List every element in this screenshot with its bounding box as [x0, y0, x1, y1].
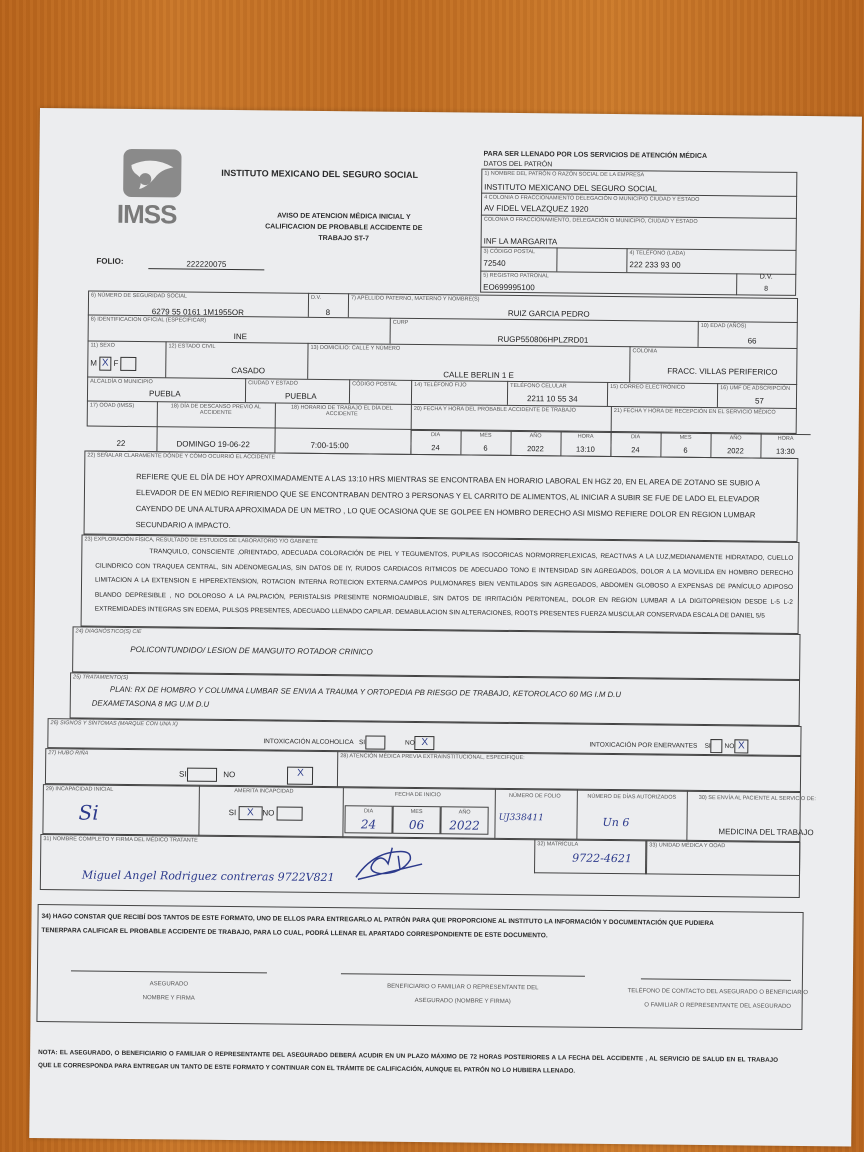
alcohol-si-checkbox[interactable] — [365, 735, 385, 749]
employer-zip-label: 3) CÓDIGO POSTAL — [483, 249, 535, 256]
city-value: PUEBLA — [285, 392, 317, 401]
folio-label: FOLIO: — [96, 257, 123, 266]
curp-label: CURP — [393, 320, 409, 326]
merits-si-checkbox[interactable]: X — [238, 806, 262, 820]
start-date-value: 24 — [344, 817, 392, 832]
start-date-value: 06 — [392, 818, 440, 833]
drugs-label: INTOXICACIÓN POR ENERVANTES — [589, 742, 697, 750]
employer-registry-label: 5) REGISTRO PATRONAL — [483, 273, 549, 280]
days-authorized-label: NÚMERO DE DÍAS AUTORIZADOS — [577, 794, 687, 801]
sent-to-label: 30) SE ENVÍA AL PACIENTE AL SERVICIO DE: — [699, 795, 816, 802]
patient-dv-value: 8 — [308, 308, 348, 317]
incapacity-folio-value: UJ338411 — [499, 813, 544, 823]
accident-description: REFIERE QUE EL DÍA DE HOY APROXIMADAMENT… — [136, 469, 793, 540]
accident-dt-value: 24 — [410, 443, 460, 453]
doctor-signature-icon — [352, 843, 432, 884]
doctor-name-value: Miguel Angel Rodriguez contreras 9722V82… — [82, 868, 335, 884]
st7-form-sheet: IMSS INSTITUTO MEXICANO DEL SEGURO SOCIA… — [29, 108, 862, 1147]
initial-incapacity-value: Si — [78, 800, 98, 824]
reception-dt-col-año: AÑO — [711, 435, 761, 442]
employer-phone-value: 222 233 93 00 — [629, 260, 680, 270]
drugs-no-label: NO — [725, 743, 735, 750]
accident-dt-value: 6 — [460, 443, 510, 453]
sig-insured-line2: NOMBRE Y FIRMA — [71, 990, 267, 1006]
sig-beneficiary-line2: ASEGURADO (NOMBRE Y FIRMA) — [341, 993, 585, 1010]
institution-title: INSTITUTO MEXICANO DEL SEGURO SOCIAL — [221, 168, 451, 180]
incapacity-folio-label: NÚMERO DE FOLIO — [495, 793, 575, 800]
fight-label: 27) HUBO RIÑA — [48, 750, 88, 756]
ooad-value: 22 — [116, 439, 125, 448]
patient-dv-label: D.V. — [311, 295, 321, 301]
alcohol-row: INTOXICACIÓN ALCOHOLICA SI NOX — [263, 734, 435, 750]
employer-colonia-value: INF LA MARGARITA — [484, 237, 558, 247]
employer-name-value: INSTITUTO MEXICANO DEL SEGURO SOCIAL — [484, 183, 657, 194]
schedule-label: 18) HORARIO DE TRABAJO EL DÍA DEL ACCIDE… — [277, 404, 407, 417]
rest-day-label: 18) DÍA DE DESCANSO PREVIO AL ACCIDENTE — [161, 403, 271, 416]
drugs-no-checkbox[interactable]: X — [734, 739, 748, 753]
fight-no-label: NO — [223, 770, 235, 779]
fight-no-checkbox[interactable]: X — [287, 767, 313, 785]
imss-logo-text: IMSS — [117, 199, 189, 231]
municipality-value: PUEBLA — [149, 389, 181, 398]
physical-exam: TRANQUILO, CONSCIENTE ,ORIENTADO, ADECUA… — [95, 545, 794, 625]
patient-name-value: RUIZ GARCIA PEDRO — [508, 309, 590, 319]
employer-dv-label: D.V. — [738, 273, 794, 281]
mobile-value: 2211 10 55 34 — [527, 394, 578, 404]
start-col-dia: DIA — [345, 808, 393, 815]
ooad-label: 17) OOAD (IMSS) — [90, 403, 134, 410]
reception-dt-col-hora: HORA — [761, 436, 811, 443]
employer-subtitle: DATOS DEL PATRÓN — [483, 161, 552, 169]
sig-beneficiary: BENEFICIARIO O FAMILIAR O REPRESENTANTE … — [341, 979, 585, 1010]
curp-value: RUGP550806HPLZRD01 — [498, 335, 589, 345]
fight-si-label: SI — [179, 770, 187, 779]
sig-insured: ASEGURADO NOMBRE Y FIRMA — [71, 976, 267, 1006]
diagnosis-label: 24) DIAGNÓSTICO(S) CIE — [75, 628, 141, 635]
accident-dt-col-dia: DIA — [411, 432, 461, 439]
umf-label: 16) UMF DE ADSCRIPCIÓN — [720, 385, 790, 392]
alcohol-label: INTOXICACIÓN ALCOHOLICA — [263, 738, 353, 746]
id-value: INE — [234, 332, 247, 341]
mobile-label: TELÉFONO CELULAR — [510, 383, 567, 390]
accident-dt-col-mes: MES — [461, 432, 511, 439]
email-label: 15) CORREO ELECTRÓNICO — [610, 384, 685, 391]
sex-m-checkbox[interactable]: X — [99, 357, 111, 371]
employer-phone-label: 4) TELÉFONO (LADA) — [629, 250, 685, 257]
age-label: 10) EDAD (AÑOS) — [701, 323, 747, 330]
patient-colonia-label: COLONIA — [632, 348, 657, 354]
sig-contact-line2: O FAMILIAR O REPRESENTANTE DEL ASEGURADO — [623, 998, 813, 1014]
merits-no-checkbox[interactable] — [277, 807, 303, 821]
civil-value: CASADO — [231, 366, 265, 375]
municipality-label: ALCALDÍA O MUNICIPIO — [90, 379, 153, 386]
reception-dt-value: 13:30 — [760, 447, 810, 457]
nss-label: 6) NÚMERO DE SEGURIDAD SOCIAL — [91, 293, 187, 300]
form-title: AVISO DE ATENCION MÉDICA INICIAL Y CALIF… — [259, 210, 429, 245]
reception-dt-value: 6 — [660, 446, 710, 456]
age-value: 66 — [748, 336, 757, 345]
license-value: 9722-4621 — [572, 852, 632, 866]
start-date-value: 2022 — [440, 818, 488, 833]
merits-no-label: NO — [262, 808, 274, 817]
schedule-value: 7:00-15:00 — [310, 441, 348, 450]
employer-registry-value: EO699995100 — [483, 283, 535, 293]
employer-dv-value: 8 — [738, 285, 794, 293]
accident-dt-col-año: AÑO — [511, 433, 561, 440]
treatment-label: 25) TRATAMIENTO(S) — [73, 674, 128, 681]
reception-dt-value: 24 — [610, 445, 660, 455]
landline-label: 14) TELÉFONO FIJO — [414, 382, 467, 389]
sex-selector: M X F — [90, 357, 136, 371]
start-col-mes: MES — [393, 809, 441, 816]
civil-label: 12) ESTADO CIVIL — [168, 343, 215, 350]
sent-to-value: MEDICINA DEL TRABAJO — [718, 827, 813, 837]
days-authorized-value: Un 6 — [602, 816, 629, 829]
footer-note: NOTA: EL ASEGURADO, O BENEFICIARIO O FAM… — [38, 1046, 778, 1080]
merits-row: SI XNO — [229, 806, 303, 821]
alcohol-no-label: NO — [405, 740, 415, 747]
drugs-si-checkbox[interactable] — [711, 739, 723, 753]
fight-si-checkbox[interactable] — [187, 768, 217, 782]
reception-dt-col-mes: MES — [661, 435, 711, 442]
city-label: CIUDAD Y ESTADO — [248, 380, 298, 387]
reception-dt-value: 2022 — [710, 446, 760, 456]
sex-label: 11) SEXO — [90, 343, 114, 349]
initial-incapacity-label: 29) INCAPACIDAD INICIAL — [46, 786, 114, 793]
merits-si-label: SI — [229, 808, 237, 817]
patient-zip-label: CÓDIGO POSTAL — [352, 381, 397, 388]
sex-f-label: F — [113, 359, 118, 368]
imss-logo: IMSS — [117, 147, 188, 230]
drugs-row: INTOXICACIÓN POR ENERVANTES SI NOX — [589, 738, 748, 754]
sig-contact-phone: TELÉFONO DE CONTACTO DEL ASEGURADO O BEN… — [623, 984, 813, 1014]
patient-colonia-value: FRACC. VILLAS PERIFERICO — [667, 367, 777, 377]
patient-address-value: CALLE BERLIN 1 E — [443, 370, 514, 380]
umf-value: 57 — [755, 397, 764, 406]
reception-dt-col-dia: DIA — [611, 434, 661, 441]
accident-dt-col-hora: HORA — [561, 433, 611, 440]
folio-value: 222220075 — [148, 259, 264, 270]
accident-dt-value: 2022 — [510, 444, 560, 454]
employer-zip-value: 72540 — [483, 259, 505, 268]
employer-section-title: PARA SER LLENADO POR LOS SERVICIOS DE AT… — [484, 151, 708, 160]
medical-unit-label: 33) UNIDAD MÉDICA Y OOAD — [649, 842, 725, 849]
rest-day-value: DOMINGO 19-06-22 — [176, 439, 249, 449]
fight-row: SI NO X — [179, 765, 314, 784]
patient-address-label: 13) DOMICILIO: CALLE Y NÚMERO — [310, 345, 400, 352]
license-label: 32) MATRÍCULA — [537, 841, 578, 847]
sex-f-checkbox[interactable] — [121, 357, 137, 371]
id-label: 8) IDENTIFICACION OFICIAL (ESPECIFICAR) — [91, 317, 206, 324]
start-col-año: AÑO — [441, 809, 489, 816]
alcohol-no-checkbox[interactable]: X — [415, 736, 435, 750]
sex-m-label: M — [90, 359, 97, 368]
accident-dt-value: 13:10 — [560, 444, 610, 454]
treatment-line-2: DEXAMETASONA 8 MG U.M D.U — [92, 699, 209, 709]
employer-address-value: AV FIDEL VELAZQUEZ 1920 — [484, 204, 589, 214]
